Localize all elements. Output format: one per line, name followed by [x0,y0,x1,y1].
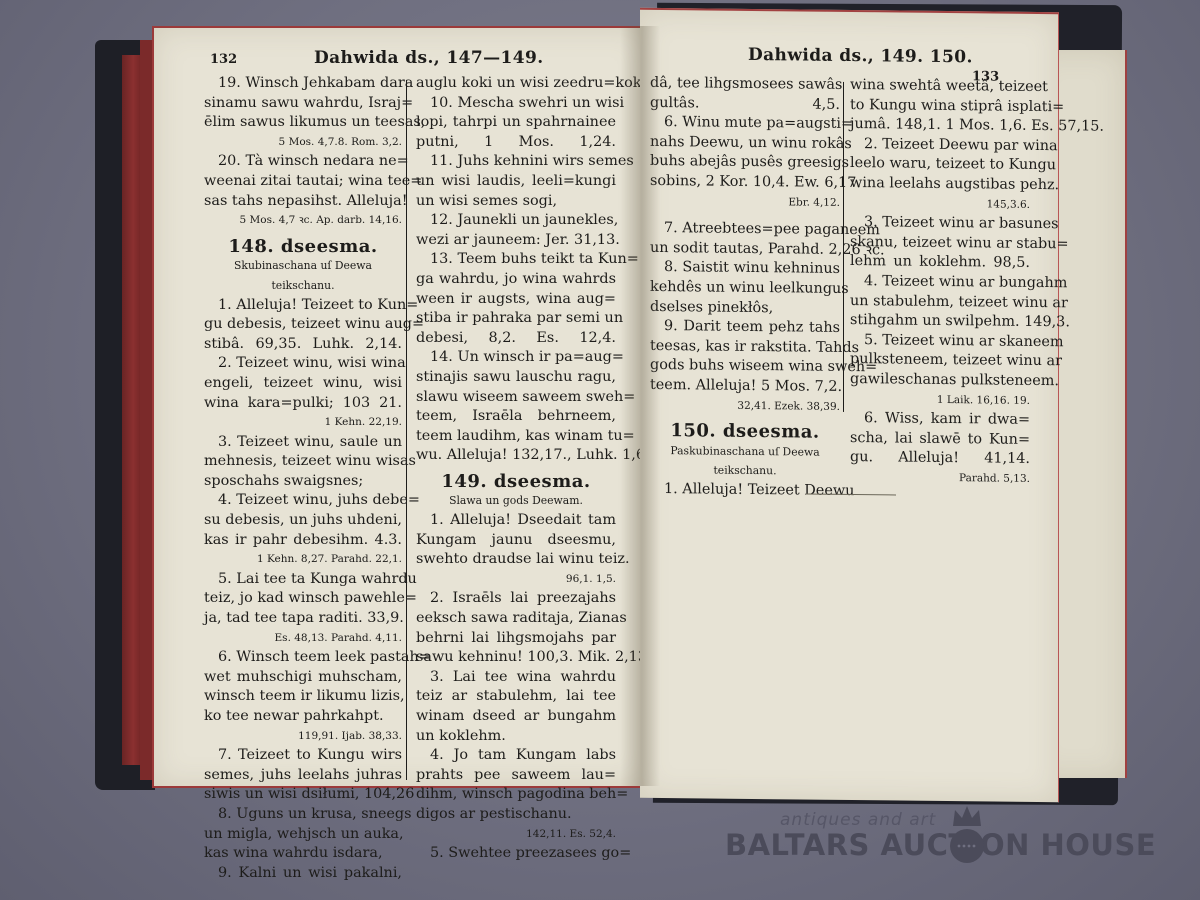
text-line: 4. Teizeet winu, juhs debe= [204,491,402,511]
text-line: 5. Lai tee ta Kunga wahrdu [204,570,402,590]
text-line: gawileschanas pulksteneem. [850,370,1030,391]
text-line: ēlim sawus likumus un teesas, [204,113,402,133]
text-line: 13. Teem buhs teikt ta Kun= [416,250,616,270]
text-line: wet muhschigi muhscham, [204,668,402,688]
scripture-reference: 119,91. Ijab. 38,33. [204,727,402,747]
text-line: 6. Winsch teem leek pastah= [204,648,402,668]
text-line: 8. Uguns un krusa, sneegs [204,805,402,825]
text-line: slawu wiseem saweem sweh= [416,388,616,408]
text-line: sposchahs swaigsnes; [204,472,402,492]
text-line: stihgahm un swilpehm. 149,3. [850,311,1030,332]
text-line: dihm, winsch pagodina beh= [416,785,616,805]
hymn-heading: 150. dseesma. [650,421,840,443]
text-line: kas wina wahrdu isdara, [204,844,402,864]
text-line: stibâ. 69,35. Luhk. 2,14. [204,335,402,355]
text-line: 19. Winsch Jehkabam dara [204,74,402,94]
text-line: teem. Alleluja! 5 Mos. 7,2. [650,376,840,398]
scripture-reference: 145,3.6. [850,194,1030,215]
text-line: mehnesis, teizeet winu wisas [204,452,402,472]
text-line: stiba ir pahraka par semi un [416,309,616,329]
hymn-subtitle: Slawa un gods Deewam. [416,491,616,511]
text-column-1: 19. Winsch Jehkabam darasinamu sawu wahr… [204,74,402,883]
hymn-heading: 149. dseesma. [416,472,616,492]
page-number: 132 [210,52,237,67]
text-line: buhs abejâs pusês greesigs [650,152,840,174]
running-head: Dahwida ds., 149. 150. [748,45,973,67]
text-line: 20. Tà winsch nedara ne= [204,152,402,172]
text-line: su debesis, un juhs uhdeni, [204,511,402,531]
scripture-reference: 5 Mos. 4,7 ꝛc. Ap. darb. 14,16. [204,211,402,231]
text-line: 14. Un winsch ir pa=aug= [416,348,616,368]
text-line: 1. Alleluja! Dseedait tam [416,511,616,531]
text-line: swehto draudse lai winu teiz. [416,550,616,570]
text-line: scha, lai slawē to Kun= [850,429,1030,450]
running-head: Dahwida ds., 147—149. [314,48,544,68]
text-line: lopi, tahrpi un spahrnainee [416,113,616,133]
text-line: 4. Jo tam Kungam labs [416,746,616,766]
text-line: eeksch sawa raditaja, Zianas [416,609,616,629]
scripture-reference: 5 Mos. 4,7.8. Rom. 3,2. [204,133,402,153]
text-line: teem laudihm, kas winam tu= [416,427,616,447]
scripture-reference: 142,11. Es. 52,4. [416,825,616,845]
watermark: antiques and art BALTARS AUCTION HOUSE [725,810,1125,870]
text-line: teiz, jo kad winsch pawehle= [204,589,402,609]
text-line: un wisi laudis, leeli=kungi [416,172,616,192]
text-line: 3. Teizeet winu, saule un [204,433,402,453]
watermark-name: BALTARS AUCTION HOUSE [725,828,1156,862]
text-line: behrni lai lihgsmojahs par [416,629,616,649]
text-line: prahts pee saweem lau= [416,766,616,786]
text-line: gu debesis, teizeet winu aug= [204,315,402,335]
crown-logo-icon [947,804,987,868]
text-line: un koklehm. [416,727,616,747]
book-gutter-shadow [620,26,660,786]
scripture-reference: 32,41. Ezek. 38,39. [650,395,840,417]
text-line: sinamu sawu wahrdu, Israj= [204,94,402,114]
text-line: gods buhs wiseem wina sweh= [650,356,840,378]
text-line: teiz ar stabulehm, lai tee [416,687,616,707]
column-rule [843,82,844,412]
text-line: dselses pinekłôs, [650,297,840,319]
text-line: 5. Teizeet winu ar skaneem [850,331,1030,352]
text-line: 4. Teizeet winu ar bungahm [850,272,1030,293]
text-line: winsch teem ir likumu lizis, [204,687,402,707]
text-line: sawu kehninu! 100,3. Mik. 2,13. [416,648,616,668]
scripture-reference: 1 Kehn. 8,27. Parahd. 22,1. [204,550,402,570]
text-line: 9. Kalni un wisi pakalni, [204,864,402,884]
text-line: jumâ. 148,1. 1 Mos. 1,6. Es. 57,15. [850,115,1030,136]
text-line: 2. Teizeet Deewu par wina [850,135,1030,156]
text-line: 1. Alleluja! Teizeet to Kun= [204,296,402,316]
text-line: nahs Deewu, un winu rokâs [650,133,840,155]
text-line: kas ir pahr debesihm. 4.3. [204,531,402,551]
scripture-reference: 96,1. 1,5. [416,570,616,590]
text-line: skanu, teizeet winu ar stabu= [850,233,1030,254]
text-line: Kungam jaunu dseesmu, [416,531,616,551]
text-line: wu. Alleluja! 132,17., Luhk. 1,69. [416,446,616,466]
text-line: gultâs. 4,5. [650,94,840,116]
text-line: ja, tad tee tapa raditi. 33,9. [204,609,402,629]
text-line: semes, juhs leelahs juhras [204,766,402,786]
text-line: wina kara=pulki; 103 21. [204,394,402,414]
scripture-reference: Es. 48,13. Parahd. 4,11. [204,629,402,649]
hymn-subtitle: Skubinaschana uſ Deewa teikschanu. [204,256,402,295]
text-line: ko tee newar pahrkahpt. [204,707,402,727]
text-line: 7. Atreebtees=pee paganeem [650,219,840,241]
text-line: debesi, 8,2. Es. 12,4. [416,329,616,349]
scripture-reference: 1 Kehn. 22,19. [204,413,402,433]
text-line: 11. Juhs kehnini wirs semes [416,152,616,172]
text-line: 2. Teizeet winu, wisi wina [204,354,402,374]
text-line: wezi ar jauneem: Jer. 31,13. [416,231,616,251]
text-line: 9. Darit teem pehz tahs [650,317,840,339]
text-line: ga wahrdu, jo wina wahrds [416,270,616,290]
text-line: 6. Wiss, kam ir dwa= [850,409,1030,430]
text-line: sas tahs nepasihst. Alleluja! [204,192,402,212]
text-line: lehm un koklehm. 98,5. [850,252,1030,273]
text-line: sobins, 2 Kor. 10,4. Ew. 6,17. [650,172,840,194]
hymn-heading: 148. dseesma. [204,237,402,257]
text-line: un stabulehm, teizeet winu ar [850,292,1030,313]
hymn-subtitle: Paskubinaschana uſ Deewa teikschanu. [650,441,840,482]
text-line: leelo waru, teizeet to Kungu [850,154,1030,175]
text-line: 8. Saistit winu kehninus [650,258,840,280]
text-line: un sodit tautas, Parahd. 2,26 ꝛc. [650,239,840,261]
text-line: 7. Teizeet to Kungu wirs [204,746,402,766]
text-line: 3. Lai tee wina wahrdu [416,668,616,688]
text-line: teem, Israēla behrneem, [416,407,616,427]
text-line: pulksteneem, teizeet winu ar [850,350,1030,371]
text-line: 12. Jaunekli un jaunekles, [416,211,616,231]
text-line: un migla, wehjsch un auka, [204,825,402,845]
text-line: 1. Alleluja! Teizeet Deewu [650,480,840,502]
text-line: wina swehtâ weetâ, teizeet [850,76,1030,97]
text-line: engeli, teizeet winu, wisi [204,374,402,394]
text-line: putni, 1 Mos. 1,24. [416,133,616,153]
text-line: winam dseed ar bungahm [416,707,616,727]
text-column-2: auglu koki un wisi zeedru=koki,10. Mesch… [416,74,616,864]
text-line: digos ar pestischanu. [416,805,616,825]
text-column-1: dâ, tee lihgsmosees sawâsgultâs. 4,5.6. … [650,74,840,501]
text-line: stinajis sawu lauschu ragu, [416,368,616,388]
text-line: wina leelahs augstibas pehz. [850,174,1030,195]
text-column-2: wina swehtâ weetâ, teizeetto Kungu wina … [850,76,1030,489]
text-line: to Kungu wina stiprâ isplati= [850,96,1030,117]
text-line: 5. Swehtee preezasees go= [416,844,616,864]
text-line: gu. Alleluja! 41,14. [850,448,1030,469]
text-line: 6. Winu mute pa=augsti= [650,113,840,135]
text-line: un wisi semes sogi, [416,192,616,212]
watermark-tagline: antiques and art [780,810,936,830]
column-rule [406,80,407,780]
left-page: 132 Dahwida ds., 147—149. 19. Winsch Jeh… [152,26,647,788]
text-line: siwis un wisi dsiłumi, 104,26 [204,785,402,805]
right-page: Dahwida ds., 149. 150. 133 dâ, tee lihgs… [640,8,1059,802]
text-line: auglu koki un wisi zeedru=koki, [416,74,616,94]
text-line: 10. Mescha swehri un wisi [416,94,616,114]
text-line: ween ir augsts, wina aug= [416,290,616,310]
text-line: dâ, tee lihgsmosees sawâs [650,74,840,96]
text-line: kehdês un winu leelkungus [650,278,840,300]
scripture-reference: 1 Laik. 16,16. 19. [850,390,1030,411]
text-line: teesas, kas ir rakstita. Tahds [650,337,840,359]
scripture-reference: Parahd. 5,13. [850,468,1030,489]
text-line: weenai zitai tautai; wina tee= [204,172,402,192]
text-line: 2. Israēls lai preezajahs [416,589,616,609]
scripture-reference: Ebr. 4,12. [650,191,840,213]
text-line: 3. Teizeet winu ar basunes [850,213,1030,234]
